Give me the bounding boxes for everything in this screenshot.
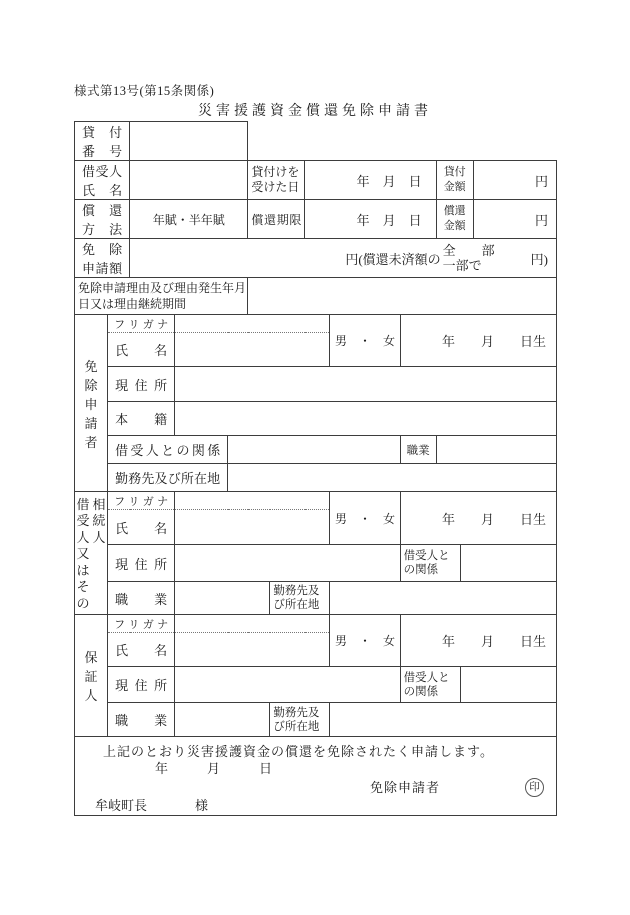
application-form-table: 貸付 番号 借受人 氏名 貸付けを 受けた日 年 月 日 貸付 金額 円 xyxy=(74,121,557,816)
row-exemption-amount: 免除 申請額 円(償還未済額の 全部 一部で 円) xyxy=(75,239,557,278)
guarantor-occupation-label: 職業 xyxy=(108,703,175,737)
row-applicant-workplace: 勤務先及び所在地 xyxy=(75,464,557,492)
addressee-honorific: 様 xyxy=(195,798,208,813)
row-heir-furigana: 借受人又はその 相続人 フリガナ 男 ・ 女 年 月 日生 xyxy=(75,492,557,510)
blank-area xyxy=(248,122,557,161)
heir-workplace-label: 勤務先及 び所在地 xyxy=(270,582,330,615)
applicant-relation-value xyxy=(228,436,400,464)
applicant-address-value xyxy=(175,367,557,402)
seal-mark-icon: 印 xyxy=(525,778,544,797)
form-page: 様式第13号(第15条関係) 災害援護資金償還免除申請書 貸付 番号 借受人 氏… xyxy=(0,0,630,915)
guarantor-address-value xyxy=(175,667,400,703)
heir-relation-value xyxy=(460,545,556,582)
guarantor-relation-label: 借受人と の関係 xyxy=(400,667,460,703)
heir-birthdate: 年 月 日生 xyxy=(400,492,556,545)
applicant-address-label: 現住所 xyxy=(108,367,175,402)
row-guarantor-occupation: 職業 勤務先及 び所在地 xyxy=(75,703,557,737)
heir-name-label: 氏名 xyxy=(108,510,175,545)
guarantor-address-label: 現住所 xyxy=(108,667,175,703)
borrower-name-value xyxy=(130,161,248,200)
applicant-furigana-value xyxy=(175,315,330,333)
applicant-gender: 男 ・ 女 xyxy=(330,315,400,367)
repay-amount-label: 償還 金額 xyxy=(436,200,473,239)
page-title: 災害援護資金償還免除申請書 xyxy=(0,100,630,120)
guarantor-name-label: 氏名 xyxy=(108,633,175,667)
heir-occupation-value xyxy=(175,582,270,615)
declaration-date: 年 月 日 xyxy=(75,760,556,777)
loan-date-label: 貸付けを 受けた日 xyxy=(248,161,305,200)
row-loan-number: 貸付 番号 xyxy=(75,122,557,161)
exemption-reason-label: 免除申請理由及び理由発生年月 日又は理由継続期間 xyxy=(75,278,248,315)
declaration-text: 上記のとおり災害援護資金の償還を免除されたく申請します。 xyxy=(75,743,556,760)
row-guarantor-address: 現住所 借受人と の関係 xyxy=(75,667,557,703)
repay-method-value: 年賦・半年賦 xyxy=(130,200,248,239)
guarantor-furigana-label: フリガナ xyxy=(108,615,175,633)
applicant-section-label: 免除申請者 xyxy=(75,315,108,492)
guarantor-furigana-value xyxy=(175,615,330,633)
row-applicant-furigana: 免除申請者 フリガナ 男 ・ 女 年 月 日生 xyxy=(75,315,557,333)
exemption-scope-options: 全部 一部で xyxy=(443,243,495,273)
heir-section-label: 借受人又はその 相続人 xyxy=(75,492,108,615)
row-borrower: 借受人 氏名 貸付けを 受けた日 年 月 日 貸付 金額 円 xyxy=(75,161,557,200)
repay-deadline-value: 年 月 日 xyxy=(305,200,436,239)
guarantor-workplace-label: 勤務先及 び所在地 xyxy=(270,703,330,737)
heir-address-value xyxy=(175,545,400,582)
exemption-prefix: 円(償還未済額の xyxy=(345,249,440,268)
loan-number-label: 貸付 番号 xyxy=(75,122,130,161)
row-exemption-reason: 免除申請理由及び理由発生年月 日又は理由継続期間 xyxy=(75,278,557,315)
guarantor-birthdate: 年 月 日生 xyxy=(400,615,556,667)
heir-label-sub: 相続人 xyxy=(93,497,106,613)
addressee: 牟岐町長 xyxy=(95,798,147,813)
applicant-name-label: 氏名 xyxy=(108,333,175,367)
row-heir-address: 現住所 借受人と の関係 xyxy=(75,545,557,582)
row-guarantor-furigana: 保証人 フリガナ 男 ・ 女 年 月 日生 xyxy=(75,615,557,633)
applicant-birthdate: 年 月 日生 xyxy=(400,315,556,367)
form-number: 様式第13号(第15条関係) xyxy=(74,81,214,99)
repay-deadline-label: 償還期限 xyxy=(248,200,305,239)
applicant-workplace-value xyxy=(228,464,557,492)
row-applicant-address: 現住所 xyxy=(75,367,557,402)
exemption-reason-value xyxy=(248,278,557,315)
heir-name-value xyxy=(175,510,330,545)
option-part: 一部で xyxy=(443,258,495,273)
guarantor-name-value xyxy=(175,633,330,667)
row-heir-occupation: 職業 勤務先及 び所在地 xyxy=(75,582,557,615)
option-all: 全部 xyxy=(443,243,495,258)
repay-amount-unit: 円 xyxy=(473,200,556,239)
applicant-domicile-label: 本籍 xyxy=(108,402,175,436)
repay-method-label: 償還 方法 xyxy=(75,200,130,239)
heir-furigana-value xyxy=(175,492,330,510)
declaration-block: 上記のとおり災害援護資金の償還を免除されたく申請します。 年 月 日 免除申請者… xyxy=(75,737,557,816)
row-repayment: 償還 方法 年賦・半年賦 償還期限 年 月 日 償還 金額 円 xyxy=(75,200,557,239)
row-declaration: 上記のとおり災害援護資金の償還を免除されたく申請します。 年 月 日 免除申請者… xyxy=(75,737,557,816)
exemption-suffix: 円) xyxy=(531,249,548,268)
applicant-domicile-value xyxy=(175,402,557,436)
exemption-amount-label: 免除 申請額 xyxy=(75,239,130,278)
guarantor-occupation-value xyxy=(175,703,270,737)
heir-furigana-label: フリガナ xyxy=(108,492,175,510)
row-applicant-relation: 借受人との関係 職業 xyxy=(75,436,557,464)
guarantor-section-label: 保証人 xyxy=(75,615,108,737)
heir-label-main: 借受人又はその xyxy=(77,497,90,613)
exemption-amount-value: 円(償還未済額の 全部 一部で 円) xyxy=(130,239,557,278)
applicant-furigana-label: フリガナ xyxy=(108,315,175,333)
declaration-applicant-label: 免除申請者 xyxy=(370,779,440,796)
heir-address-label: 現住所 xyxy=(108,545,175,582)
heir-occupation-label: 職業 xyxy=(108,582,175,615)
guarantor-workplace-value xyxy=(330,703,557,737)
loan-amount-unit: 円 xyxy=(473,161,556,200)
borrower-name-label: 借受人 氏名 xyxy=(75,161,130,200)
loan-amount-label: 貸付 金額 xyxy=(436,161,473,200)
applicant-occupation-value xyxy=(436,436,556,464)
applicant-occupation-label: 職業 xyxy=(400,436,436,464)
heir-workplace-value xyxy=(330,582,557,615)
row-applicant-domicile: 本籍 xyxy=(75,402,557,436)
guarantor-gender: 男 ・ 女 xyxy=(330,615,400,667)
applicant-workplace-label: 勤務先及び所在地 xyxy=(108,464,228,492)
heir-relation-label: 借受人と の関係 xyxy=(400,545,460,582)
loan-date-value: 年 月 日 xyxy=(305,161,436,200)
applicant-relation-label: 借受人との関係 xyxy=(108,436,228,464)
applicant-name-value xyxy=(175,333,330,367)
loan-number-value xyxy=(130,122,248,161)
guarantor-relation-value xyxy=(460,667,556,703)
heir-gender: 男 ・ 女 xyxy=(330,492,400,545)
